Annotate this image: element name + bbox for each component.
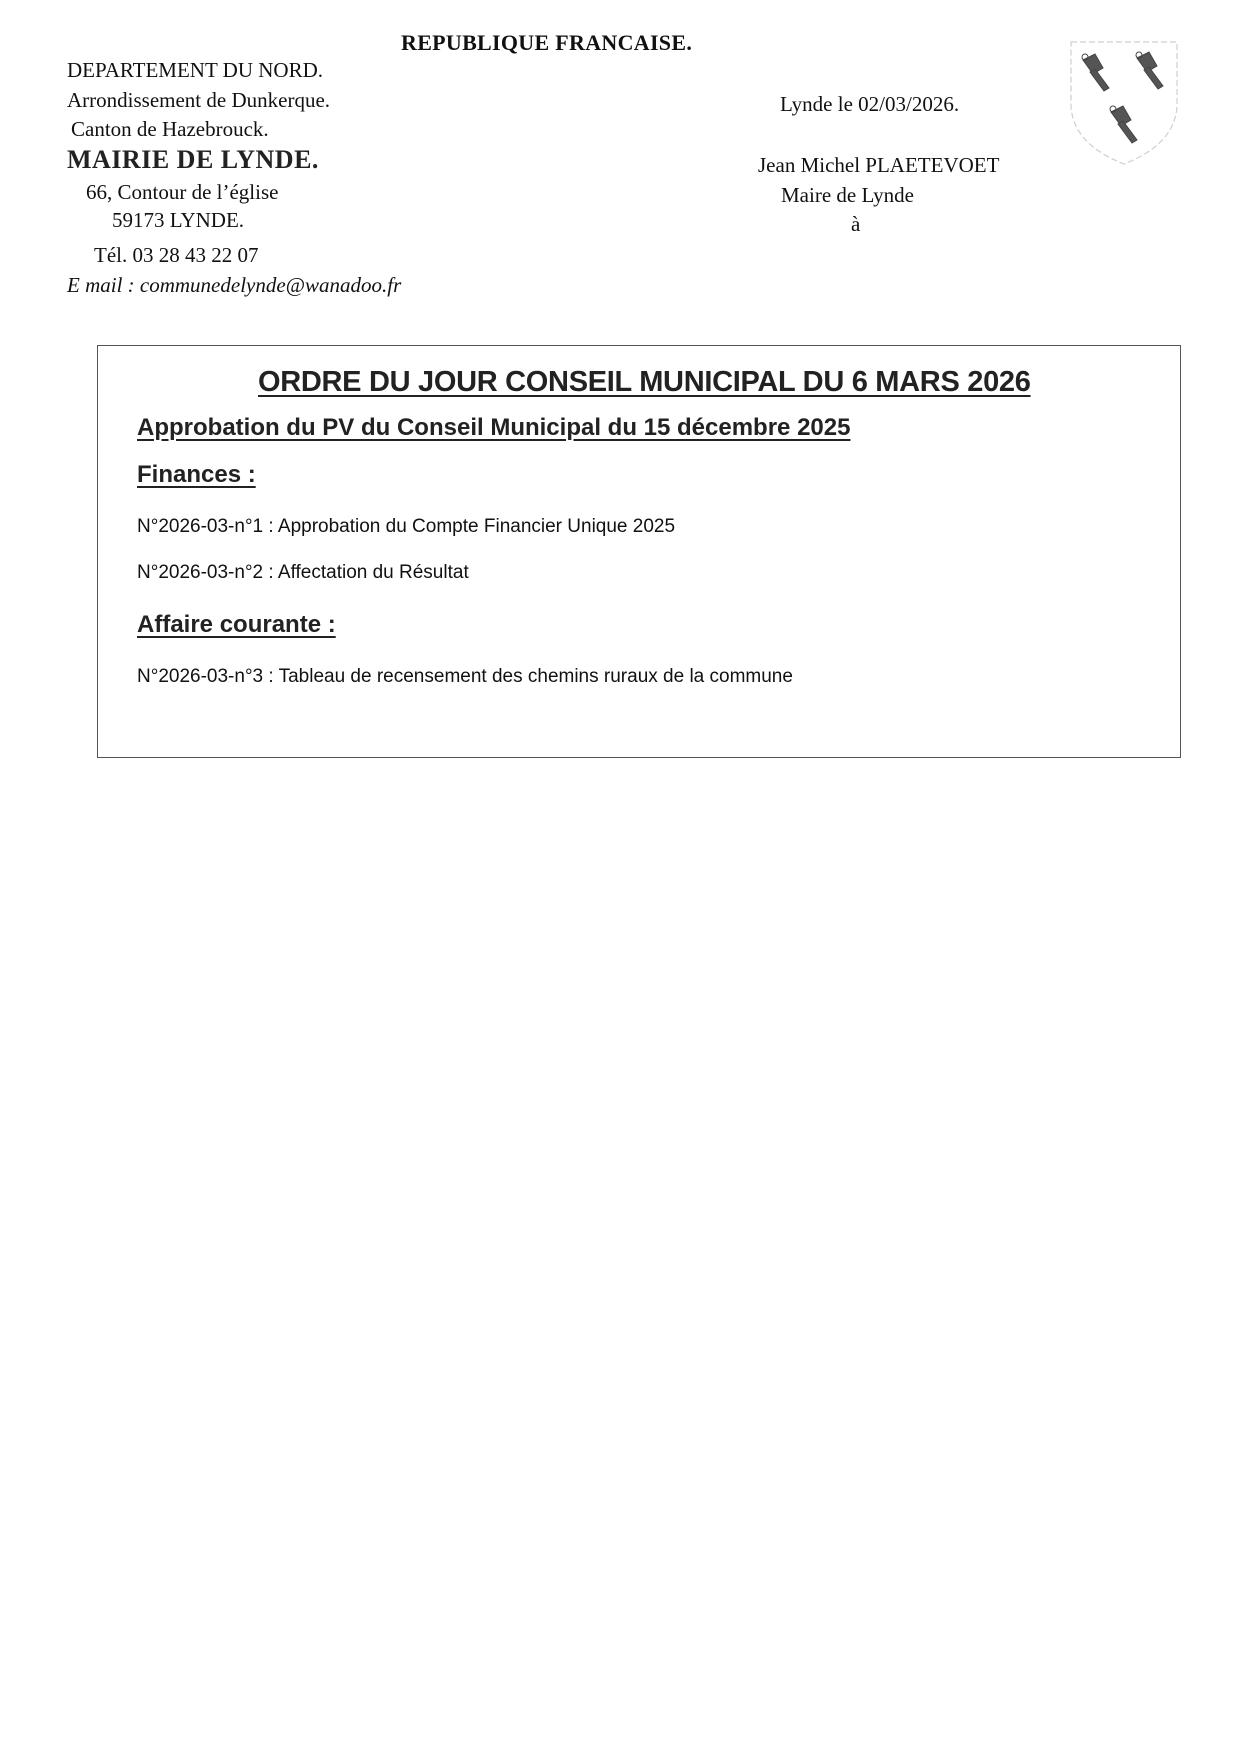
arrondissement-line: Arrondissement de Dunkerque. <box>67 88 330 113</box>
mayor-name: Jean Michel PLAETEVOET <box>758 153 999 178</box>
place-date: Lynde le 02/03/2026. <box>780 92 959 117</box>
address-line: 66, Contour de l’église <box>86 180 278 205</box>
section-heading-affaire-courante: Affaire courante : <box>137 611 336 639</box>
mayor-title: Maire de Lynde <box>781 183 914 208</box>
agenda-title: ORDRE DU JOUR CONSEIL MUNICIPAL DU 6 MAR… <box>258 366 1031 399</box>
pv-approval-heading: Approbation du PV du Conseil Municipal d… <box>137 414 850 442</box>
postal-line: 59173 LYNDE. <box>112 208 244 233</box>
section-heading-finances: Finances : <box>137 461 256 489</box>
agenda-box: ORDRE DU JOUR CONSEIL MUNICIPAL DU 6 MAR… <box>97 345 1181 758</box>
department-line: DEPARTEMENT DU NORD. <box>67 58 323 83</box>
recipient-prefix: à <box>851 212 860 237</box>
agenda-item: N°2026-03-n°3 : Tableau de recensement d… <box>137 666 793 688</box>
republic-heading: REPUBLIQUE FRANCAISE. <box>401 30 692 56</box>
phone-line: Tél. 03 28 43 22 07 <box>94 243 258 268</box>
agenda-item: N°2026-03-n°2 : Affectation du Résultat <box>137 562 469 584</box>
mairie-name: MAIRIE DE LYNDE. <box>67 145 319 175</box>
coat-of-arms-icon <box>1067 36 1181 168</box>
canton-line: Canton de Hazebrouck. <box>71 117 269 142</box>
agenda-item: N°2026-03-n°1 : Approbation du Compte Fi… <box>137 516 675 538</box>
email-line: E mail : communedelynde@wanadoo.fr <box>67 273 401 298</box>
